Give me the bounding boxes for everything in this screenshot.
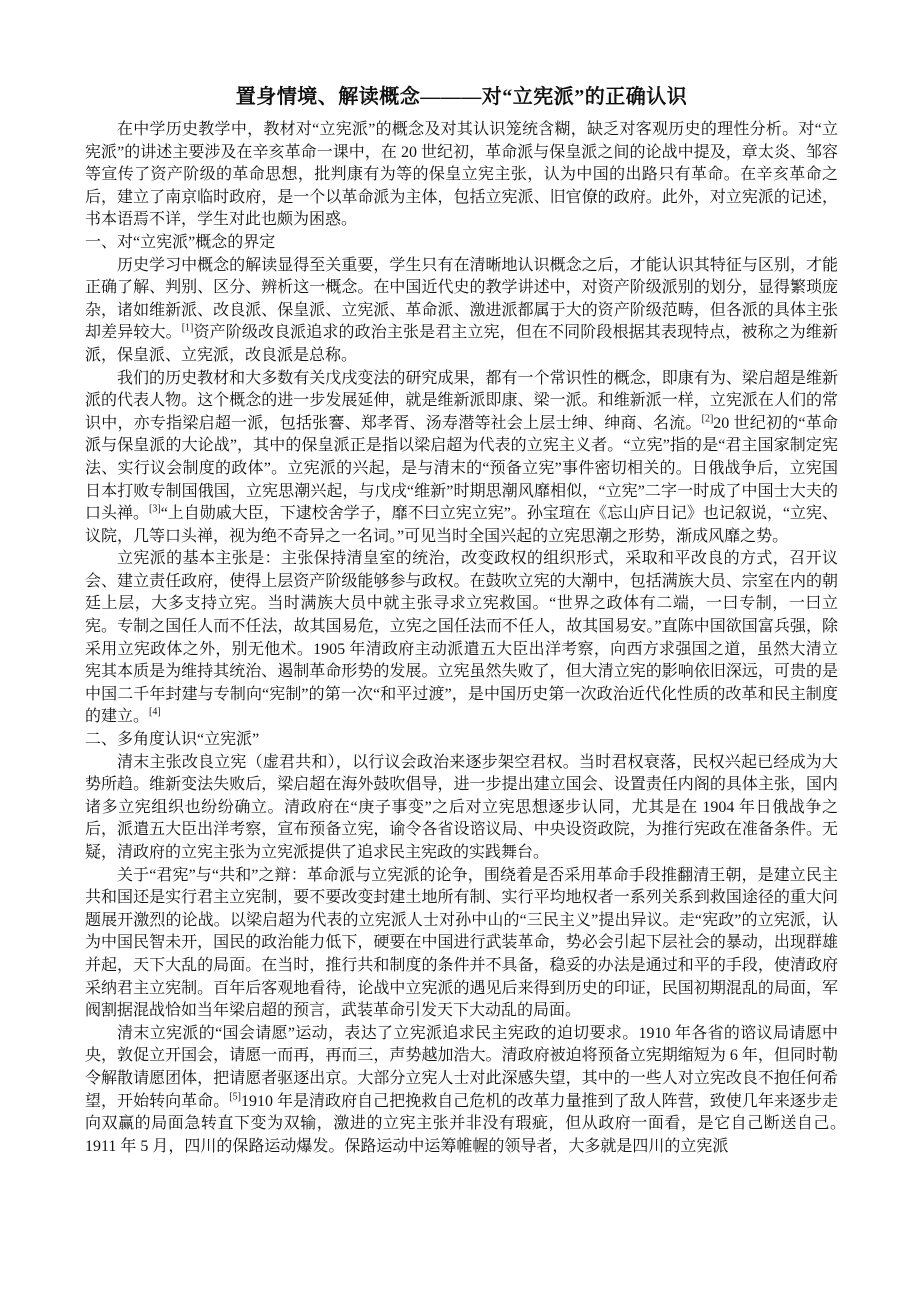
paragraph: 立宪派的基本主张是：主张保持清皇室的统治，改变政权的组织形式，采取和平改良的方式… xyxy=(85,548,838,729)
paragraph: 在中学历史教学中，教材对“立宪派”的概念及对其认识笼统含糊，缺乏对客观历史的理性… xyxy=(85,119,838,232)
text-segment: “上自勋戚大臣，下逮校舍学子，靡不曰立宪立宪”。孙宝瑄在《忘山庐日记》也记叙说，… xyxy=(85,505,838,545)
footnote-ref: [1] xyxy=(182,323,194,334)
paragraph: 关于“君宪”与“共和”之辩：革命派与立宪派的论争，围绕着是否采用革命手段推翻清王… xyxy=(85,865,838,1023)
text-segment: 关于“君宪”与“共和”之辩：革命派与立宪派的论争，围绕着是否采用革命手段推翻清王… xyxy=(85,867,838,1020)
text-segment: 二、多角度认识“立宪派” xyxy=(85,731,259,748)
text-segment: 在中学历史教学中，教材对“立宪派”的概念及对其认识笼统含糊，缺乏对客观历史的理性… xyxy=(85,121,838,228)
text-segment: 立宪派的基本主张是：主张保持清皇室的统治，改变政权的组织形式，采取和平改良的方式… xyxy=(85,550,838,725)
text-segment: 清末主张改良立宪（虚君共和），以行议会政治来逐步架空君权。当时君权衰落，民权兴起… xyxy=(85,754,838,861)
paragraph: 我们的历史教材和大多数有关戊戌变法的研究成果，都有一个常识性的概念，即康有为、梁… xyxy=(85,368,838,549)
document-page: 置身情境、解读概念———对“立宪派”的正确认识 在中学历史教学中，教材对“立宪派… xyxy=(0,0,920,1302)
text-segment: 一、对“立宪派”概念的界定 xyxy=(85,234,275,251)
document-title: 置身情境、解读概念———对“立宪派”的正确认识 xyxy=(85,84,838,110)
document-body: 在中学历史教学中，教材对“立宪派”的概念及对其认识笼统含糊，缺乏对客观历史的理性… xyxy=(85,119,838,1158)
paragraph: 清末立宪派的“国会请愿”运动，表达了立宪派追求民主宪政的迫切要求。1910 年各… xyxy=(85,1023,838,1159)
section-heading: 一、对“立宪派”概念的界定 xyxy=(85,232,838,255)
footnote-ref: [2] xyxy=(702,413,714,424)
section-heading: 二、多角度认识“立宪派” xyxy=(85,729,838,752)
document-content: 置身情境、解读概念———对“立宪派”的正确认识 在中学历史教学中，教材对“立宪派… xyxy=(85,84,838,1158)
paragraph: 清末主张改良立宪（虚君共和），以行议会政治来逐步架空君权。当时君权衰落，民权兴起… xyxy=(85,752,838,865)
footnote-ref: [4] xyxy=(149,707,161,718)
text-segment: 资产阶级改良派追求的政治主张是君主立宪，但在不同阶段根据其表现特点，被称之为维新… xyxy=(85,324,838,364)
footnote-ref: [5] xyxy=(229,1091,241,1102)
footnote-ref: [3] xyxy=(149,504,161,515)
paragraph: 历史学习中概念的解读显得至关重要，学生只有在清晰地认识概念之后，才能认识其特征与… xyxy=(85,255,838,368)
